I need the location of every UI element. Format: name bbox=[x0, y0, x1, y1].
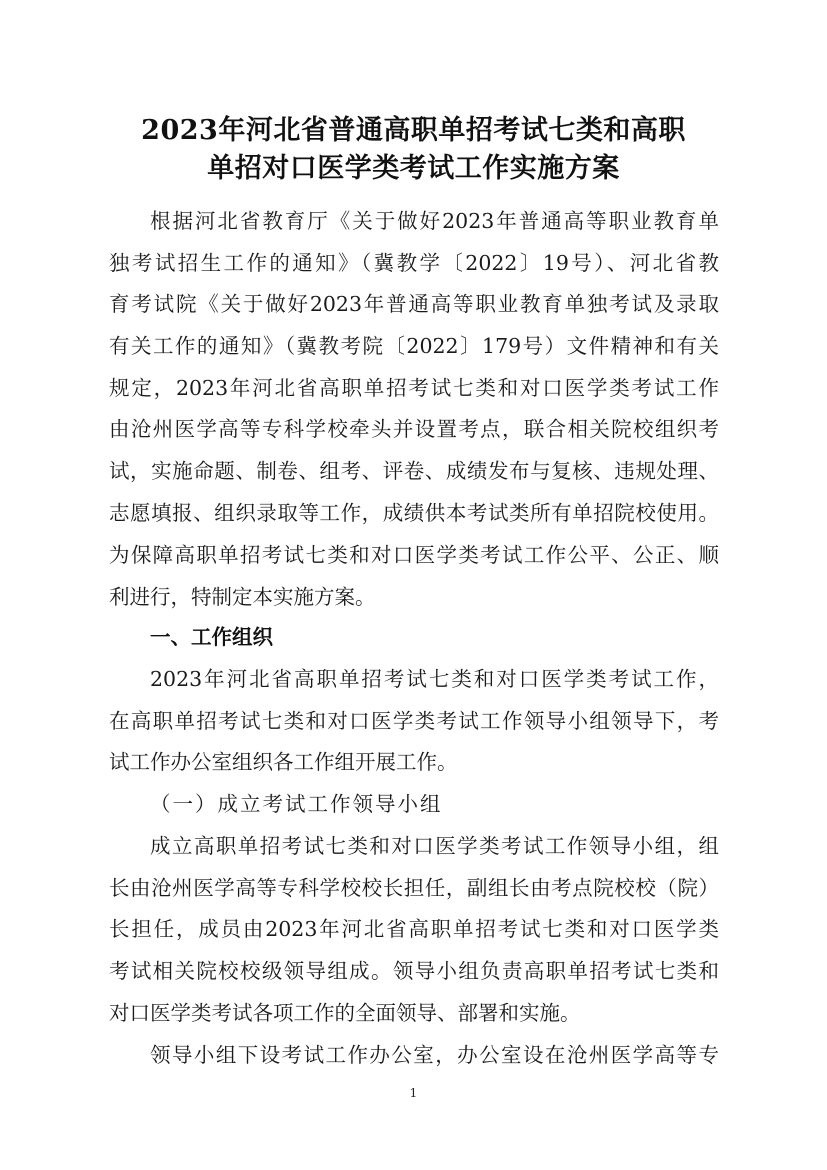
section1-line: 试工作办公室组织各工作组开展工作。 bbox=[109, 747, 719, 777]
intro-line: 为保障高职单招考试七类和对口医学类考试工作公平、公正、顺 bbox=[109, 540, 719, 570]
section1-line: 在高职单招考试七类和对口医学类考试工作领导小组领导下，考 bbox=[109, 706, 719, 736]
intro-line: 志愿填报、组织录取等工作，成绩供本考试类所有单招院校使用。 bbox=[109, 498, 719, 528]
subsection1-para2-line: 领导小组下设考试工作办公室，办公室设在沧州医学高等专 bbox=[150, 1040, 719, 1070]
intro-line: 独考试招生工作的通知》（冀教学〔2022〕19号）、河北省教 bbox=[109, 248, 719, 278]
document-title-line-2: 单招对口医学类考试工作实施方案 bbox=[100, 146, 727, 185]
subsection1-line: 长由沧州医学高等专科学校校长担任，副组长由考点院校校（院） bbox=[109, 873, 719, 903]
section-heading-work-organization: 一、工作组织 bbox=[150, 622, 273, 652]
document-title-line-1: 2023年河北省普通高职单招考试七类和高职 bbox=[100, 108, 727, 147]
intro-line: 根据河北省教育厅《关于做好2023年普通高等职业教育单 bbox=[150, 206, 719, 236]
subsection1-line: 对口医学类考试各项工作的全面领导、部署和实施。 bbox=[109, 998, 719, 1028]
page-number: 1 bbox=[0, 1086, 827, 1100]
intro-line: 由沧州医学高等专科学校牵头并设置考点，联合相关院校组织考 bbox=[109, 414, 719, 444]
document-page: 2023年河北省普通高职单招考试七类和高职 单招对口医学类考试工作实施方案 根据… bbox=[0, 0, 827, 1170]
subsection1-line: 考试相关院校校级领导组成。领导小组负责高职单招考试七类和 bbox=[109, 956, 719, 986]
intro-line: 试，实施命题、制卷、组考、评卷、成绩发布与复核、违规处理、 bbox=[109, 456, 719, 486]
intro-line: 有关工作的通知》（冀教考院〔2022〕179号）文件精神和有关 bbox=[109, 331, 719, 361]
subsection1-line: 长担任，成员由2023年河北省高职单招考试七类和对口医学类 bbox=[109, 914, 719, 944]
subsection-heading-leading-group: （一）成立考试工作领导小组 bbox=[150, 789, 443, 819]
intro-line: 利进行，特制定本实施方案。 bbox=[109, 582, 719, 612]
intro-line: 育考试院《关于做好2023年普通高等职业教育单独考试及录取 bbox=[109, 289, 719, 319]
section1-line: 2023年河北省高职单招考试七类和对口医学类考试工作， bbox=[150, 664, 719, 694]
intro-line: 规定，2023年河北省高职单招考试七类和对口医学类考试工作 bbox=[109, 373, 719, 403]
subsection1-line: 成立高职单招考试七类和对口医学类考试工作领导小组，组 bbox=[150, 831, 719, 861]
